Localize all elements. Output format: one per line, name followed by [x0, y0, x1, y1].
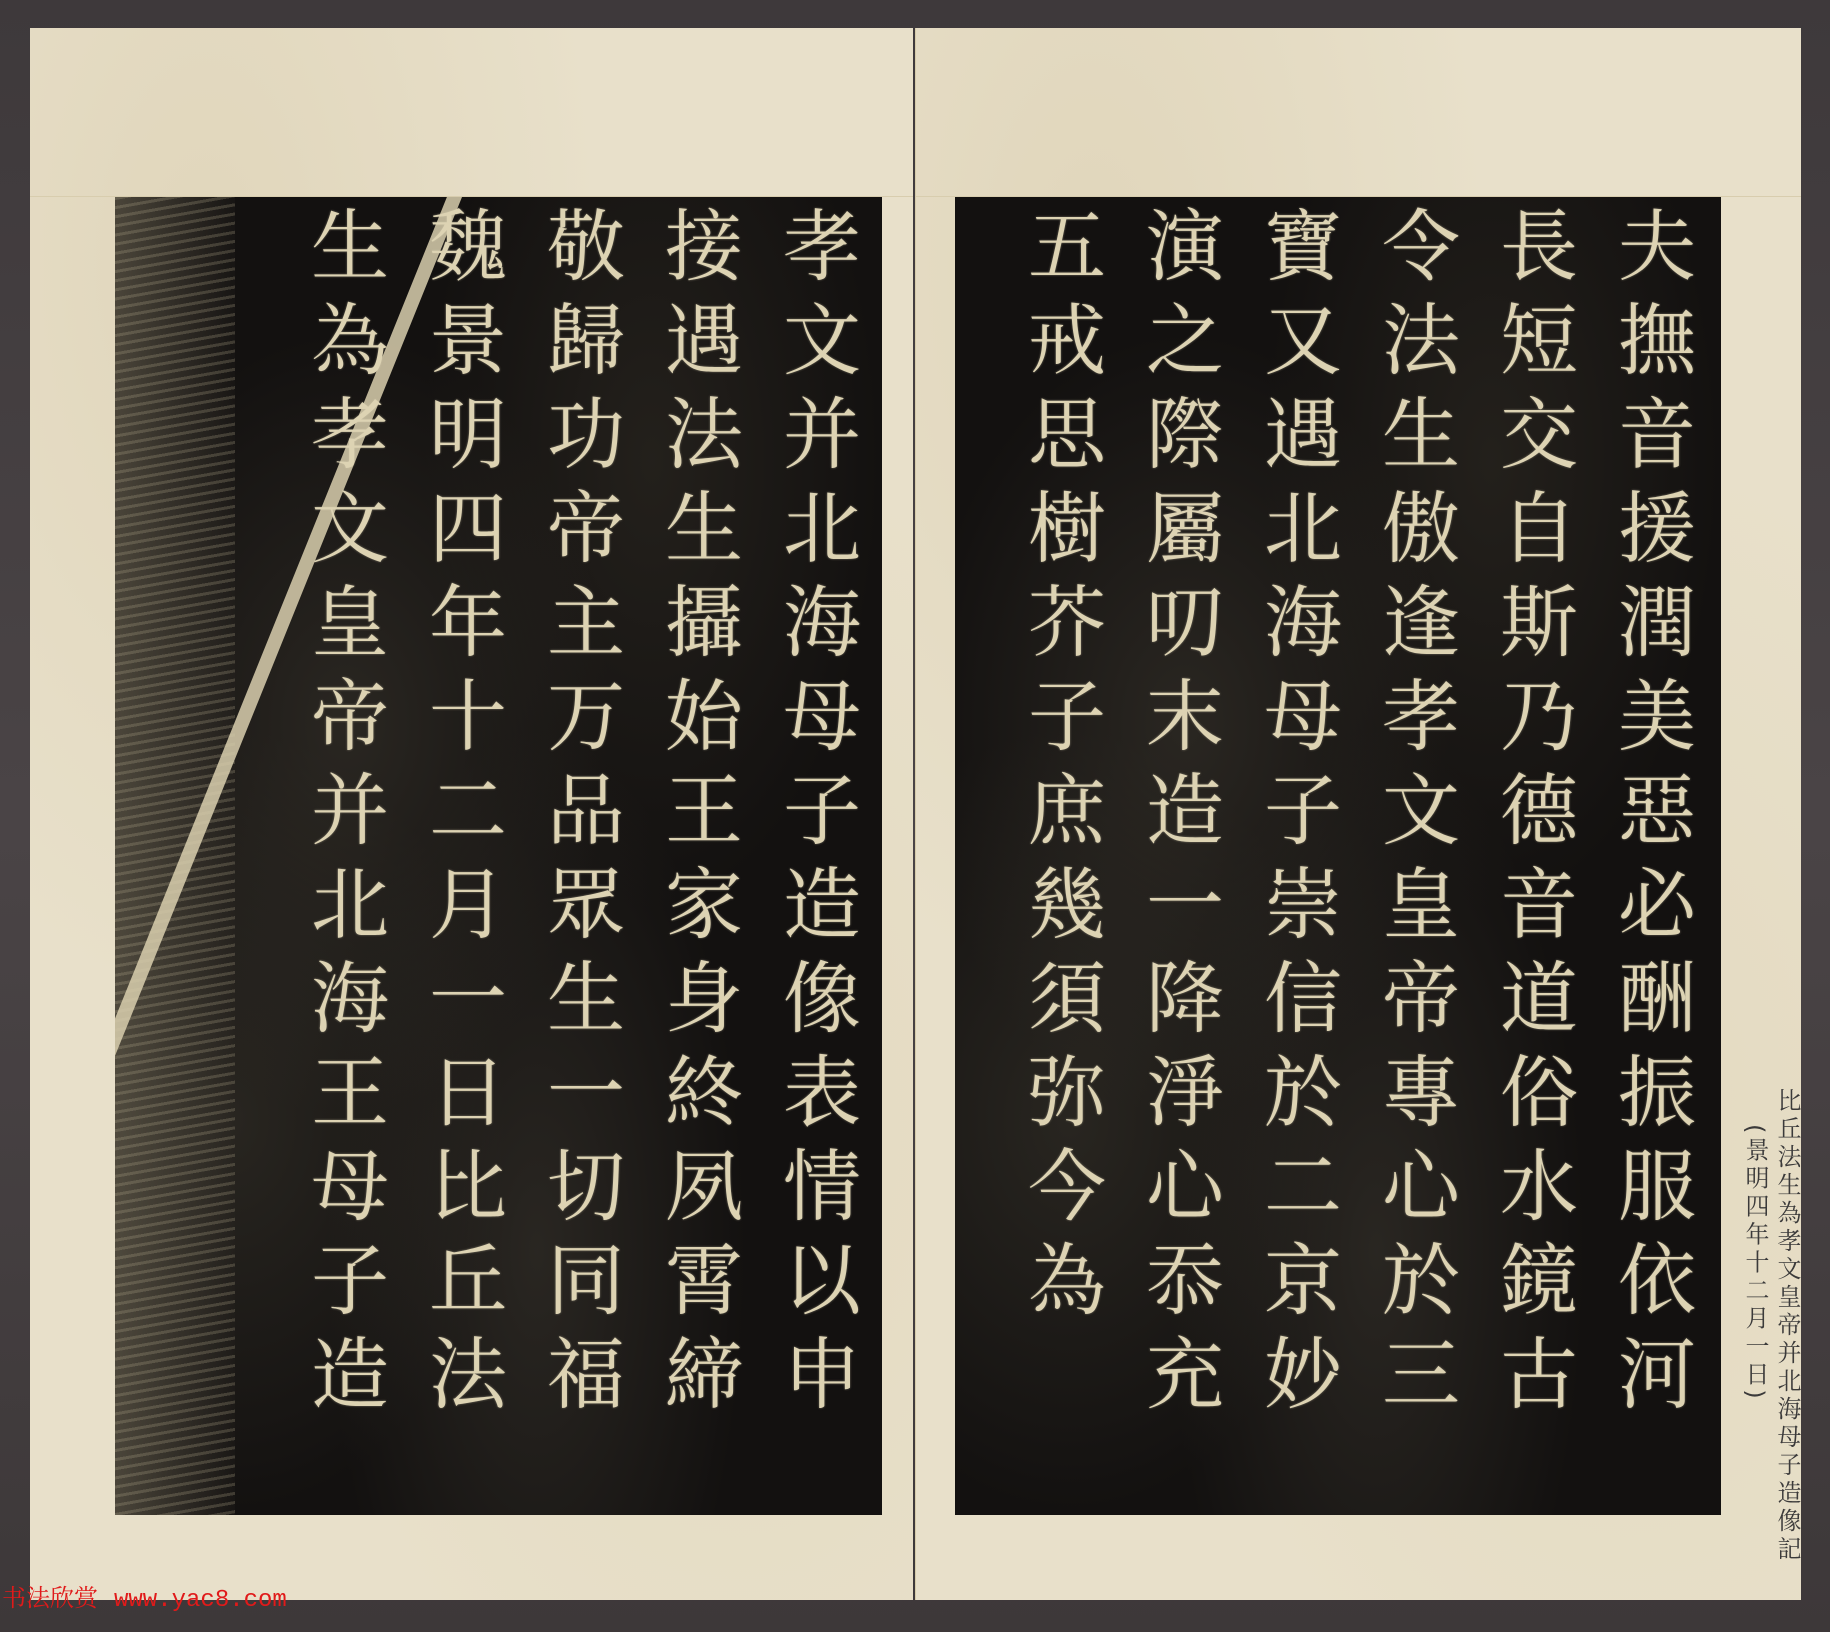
- inscription-column: 寶又遇北海母子崇信於二京妙: [1237, 205, 1355, 1507]
- rubbing-panel-right: 夫撫音援潤美惡必酬振服依河 長短交自斯乃德音道俗水鏡古 令法生傲逢孝文皇帝專心於…: [955, 197, 1721, 1515]
- inscription-column: 令法生傲逢孝文皇帝專心於三: [1355, 205, 1473, 1507]
- inscription-column: 五戒思樹芥子庶幾須弥今為: [1001, 205, 1119, 1507]
- inscription-column: 夫撫音援潤美惡必酬振服依河: [1591, 205, 1709, 1507]
- handwritten-annotation: 比丘法生為孝文皇帝并北海母子造像記 (景明四年十二月一日): [1740, 1088, 1802, 1564]
- inscription-column: 演之際屬叨末造一降淨心忝充: [1119, 205, 1237, 1507]
- watermark-url[interactable]: www.yac8.com: [114, 1587, 287, 1614]
- worn-stone-edge: [115, 197, 235, 1515]
- annotation-title: 比丘法生為孝文皇帝并北海母子造像記: [1772, 1088, 1802, 1564]
- inscription-column: 長短交自斯乃德音道俗水鏡古: [1473, 205, 1591, 1507]
- rubbing-panel-left: 孝文并北海母子造像表情以申 接遇法生攝始王家身終夙霄締 敬歸功帝主万品眾生一切同…: [115, 197, 882, 1515]
- inscription-column: 孝文并北海母子造像表情以申: [756, 205, 874, 1507]
- inscription-columns-right: 夫撫音援潤美惡必酬振服依河 長短交自斯乃德音道俗水鏡古 令法生傲逢孝文皇帝專心於…: [1001, 205, 1709, 1507]
- inscription-column: 接遇法生攝始王家身終夙霄締: [638, 205, 756, 1507]
- inscription-column: 生為孝文皇帝并北海王母子造: [284, 205, 402, 1507]
- inscription-columns-left: 孝文并北海母子造像表情以申 接遇法生攝始王家身終夙霄締 敬歸功帝主万品眾生一切同…: [284, 205, 874, 1507]
- watermark-label: 书法欣赏: [2, 1584, 98, 1612]
- inscription-column: 魏景明四年十二月一日比丘法: [402, 205, 520, 1507]
- inscription-column: 敬歸功帝主万品眾生一切同福: [520, 205, 638, 1507]
- watermark: 书法欣赏www.yac8.com: [2, 1578, 287, 1614]
- annotation-date: (景明四年十二月一日): [1740, 1124, 1770, 1564]
